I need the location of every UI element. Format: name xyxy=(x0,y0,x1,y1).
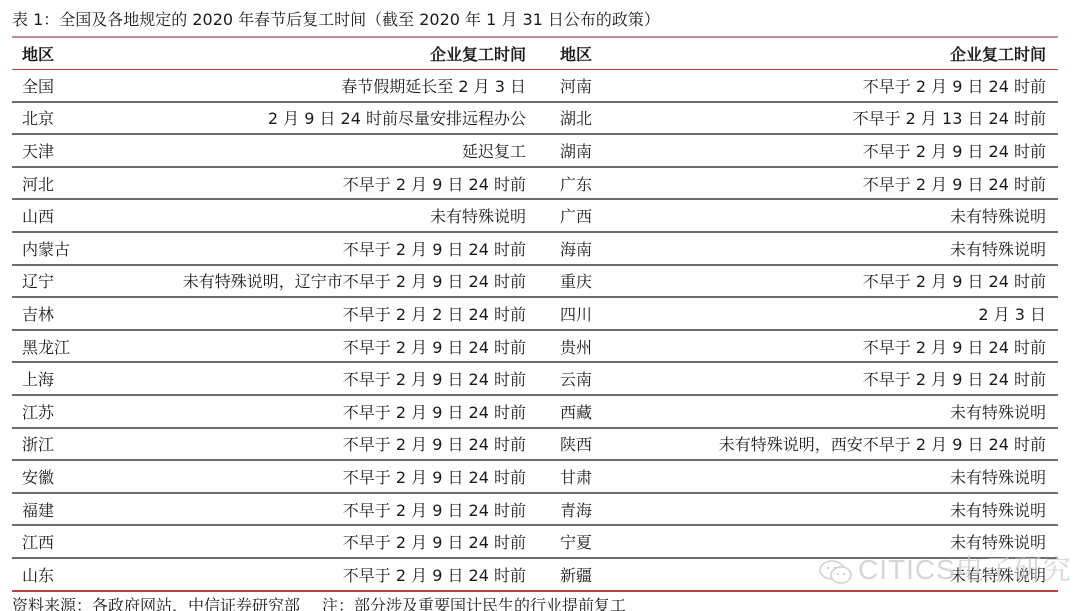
region-left-cell: 江苏 xyxy=(12,395,132,428)
region-left-cell: 内蒙古 xyxy=(12,232,132,265)
table-row: 江苏不早于 2 月 9 日 24 时前西藏未有特殊说明 xyxy=(12,395,1058,428)
region-right-cell: 云南 xyxy=(534,362,654,395)
time-right-cell: 不早于 2 月 9 日 24 时前 xyxy=(654,167,1058,200)
time-right-cell: 未有特殊说明 xyxy=(654,460,1058,493)
table-footer: 资料来源：各政府网站，中信证券研究部注：部分涉及重要国计民生的行业提前复工 xyxy=(12,592,1060,611)
table-row: 山东不早于 2 月 9 日 24 时前新疆未有特殊说明 xyxy=(12,558,1058,591)
region-right-cell: 甘肃 xyxy=(534,460,654,493)
time-left-cell: 未有特殊说明 xyxy=(132,199,534,232)
time-left-cell: 不早于 2 月 9 日 24 时前 xyxy=(132,493,534,526)
region-left-cell: 浙江 xyxy=(12,428,132,461)
region-left-cell: 吉林 xyxy=(12,297,132,330)
time-right-cell: 不早于 2 月 9 日 24 时前 xyxy=(654,70,1058,102)
region-right-cell: 重庆 xyxy=(534,265,654,298)
table-row: 全国春节假期延长至 2 月 3 日河南不早于 2 月 9 日 24 时前 xyxy=(12,70,1058,102)
table-row: 安徽不早于 2 月 9 日 24 时前甘肃未有特殊说明 xyxy=(12,460,1058,493)
table-header-row: 地区 企业复工时间 地区 企业复工时间 xyxy=(12,37,1058,70)
table-row: 辽宁未有特殊说明，辽宁市不早于 2 月 9 日 24 时前重庆不早于 2 月 9… xyxy=(12,265,1058,298)
region-right-cell: 广西 xyxy=(534,199,654,232)
table-row: 福建不早于 2 月 9 日 24 时前青海未有特殊说明 xyxy=(12,493,1058,526)
region-right-cell: 四川 xyxy=(534,297,654,330)
time-left-cell: 不早于 2 月 9 日 24 时前 xyxy=(132,558,534,591)
region-left-cell: 江西 xyxy=(12,525,132,558)
time-right-cell: 未有特殊说明 xyxy=(654,232,1058,265)
time-left-cell: 不早于 2 月 9 日 24 时前 xyxy=(132,460,534,493)
table-row: 黑龙江不早于 2 月 9 日 24 时前贵州不早于 2 月 9 日 24 时前 xyxy=(12,330,1058,363)
time-right-cell: 不早于 2 月 9 日 24 时前 xyxy=(654,265,1058,298)
header-region-left: 地区 xyxy=(12,37,132,70)
table-row: 江西不早于 2 月 9 日 24 时前宁夏未有特殊说明 xyxy=(12,525,1058,558)
time-right-cell: 不早于 2 月 9 日 24 时前 xyxy=(654,362,1058,395)
document-page: 表 1：全国及各地规定的 2020 年春节后复工时间（截至 2020 年 1 月… xyxy=(12,0,1060,611)
region-left-cell: 河北 xyxy=(12,167,132,200)
time-right-cell: 未有特殊说明，西安不早于 2 月 9 日 24 时前 xyxy=(654,428,1058,461)
table-row: 吉林不早于 2 月 2 日 24 时前四川2 月 3 日 xyxy=(12,297,1058,330)
region-right-cell: 河南 xyxy=(534,70,654,102)
table-row: 内蒙古不早于 2 月 9 日 24 时前海南未有特殊说明 xyxy=(12,232,1058,265)
time-right-cell: 未有特殊说明 xyxy=(654,395,1058,428)
table-row: 浙江不早于 2 月 9 日 24 时前陕西未有特殊说明，西安不早于 2 月 9 … xyxy=(12,428,1058,461)
region-left-cell: 山西 xyxy=(12,199,132,232)
region-right-cell: 陕西 xyxy=(534,428,654,461)
region-right-cell: 广东 xyxy=(534,167,654,200)
region-left-cell: 黑龙江 xyxy=(12,330,132,363)
time-left-cell: 不早于 2 月 9 日 24 时前 xyxy=(132,395,534,428)
table-caption: 表 1：全国及各地规定的 2020 年春节后复工时间（截至 2020 年 1 月… xyxy=(12,0,1060,36)
time-right-cell: 不早于 2 月 13 日 24 时前 xyxy=(654,102,1058,135)
region-left-cell: 福建 xyxy=(12,493,132,526)
region-right-cell: 贵州 xyxy=(534,330,654,363)
time-right-cell: 2 月 3 日 xyxy=(654,297,1058,330)
return-to-work-table: 地区 企业复工时间 地区 企业复工时间 全国春节假期延长至 2 月 3 日河南不… xyxy=(12,36,1058,592)
time-left-cell: 不早于 2 月 9 日 24 时前 xyxy=(132,428,534,461)
region-right-cell: 湖南 xyxy=(534,134,654,167)
region-left-cell: 山东 xyxy=(12,558,132,591)
time-left-cell: 不早于 2 月 9 日 24 时前 xyxy=(132,167,534,200)
region-right-cell: 湖北 xyxy=(534,102,654,135)
table-row: 北京2 月 9 日 24 时前尽量安排远程办公湖北不早于 2 月 13 日 24… xyxy=(12,102,1058,135)
header-region-right: 地区 xyxy=(534,37,654,70)
region-right-cell: 西藏 xyxy=(534,395,654,428)
region-left-cell: 全国 xyxy=(12,70,132,102)
region-left-cell: 天津 xyxy=(12,134,132,167)
time-right-cell: 不早于 2 月 9 日 24 时前 xyxy=(654,330,1058,363)
time-left-cell: 延迟复工 xyxy=(132,134,534,167)
time-right-cell: 未有特殊说明 xyxy=(654,493,1058,526)
table-row: 上海不早于 2 月 9 日 24 时前云南不早于 2 月 9 日 24 时前 xyxy=(12,362,1058,395)
time-right-cell: 未有特殊说明 xyxy=(654,558,1058,591)
region-left-cell: 辽宁 xyxy=(12,265,132,298)
time-right-cell: 不早于 2 月 9 日 24 时前 xyxy=(654,134,1058,167)
region-left-cell: 北京 xyxy=(12,102,132,135)
table-row: 天津延迟复工湖南不早于 2 月 9 日 24 时前 xyxy=(12,134,1058,167)
table-body: 全国春节假期延长至 2 月 3 日河南不早于 2 月 9 日 24 时前北京2 … xyxy=(12,70,1058,591)
region-right-cell: 青海 xyxy=(534,493,654,526)
time-left-cell: 未有特殊说明，辽宁市不早于 2 月 9 日 24 时前 xyxy=(132,265,534,298)
source-note: 资料来源：各政府网站，中信证券研究部 xyxy=(12,596,300,611)
time-left-cell: 不早于 2 月 9 日 24 时前 xyxy=(132,330,534,363)
region-left-cell: 上海 xyxy=(12,362,132,395)
region-left-cell: 安徽 xyxy=(12,460,132,493)
table-row: 山西未有特殊说明广西未有特殊说明 xyxy=(12,199,1058,232)
header-time-right: 企业复工时间 xyxy=(654,37,1058,70)
header-time-left: 企业复工时间 xyxy=(132,37,534,70)
region-right-cell: 新疆 xyxy=(534,558,654,591)
time-left-cell: 不早于 2 月 9 日 24 时前 xyxy=(132,232,534,265)
region-right-cell: 宁夏 xyxy=(534,525,654,558)
time-right-cell: 未有特殊说明 xyxy=(654,525,1058,558)
table-row: 河北不早于 2 月 9 日 24 时前广东不早于 2 月 9 日 24 时前 xyxy=(12,167,1058,200)
time-left-cell: 不早于 2 月 9 日 24 时前 xyxy=(132,525,534,558)
time-left-cell: 不早于 2 月 9 日 24 时前 xyxy=(132,362,534,395)
time-left-cell: 不早于 2 月 2 日 24 时前 xyxy=(132,297,534,330)
time-right-cell: 未有特殊说明 xyxy=(654,199,1058,232)
region-right-cell: 海南 xyxy=(534,232,654,265)
footnote: 注：部分涉及重要国计民生的行业提前复工 xyxy=(322,596,626,611)
time-left-cell: 2 月 9 日 24 时前尽量安排远程办公 xyxy=(132,102,534,135)
time-left-cell: 春节假期延长至 2 月 3 日 xyxy=(132,70,534,102)
